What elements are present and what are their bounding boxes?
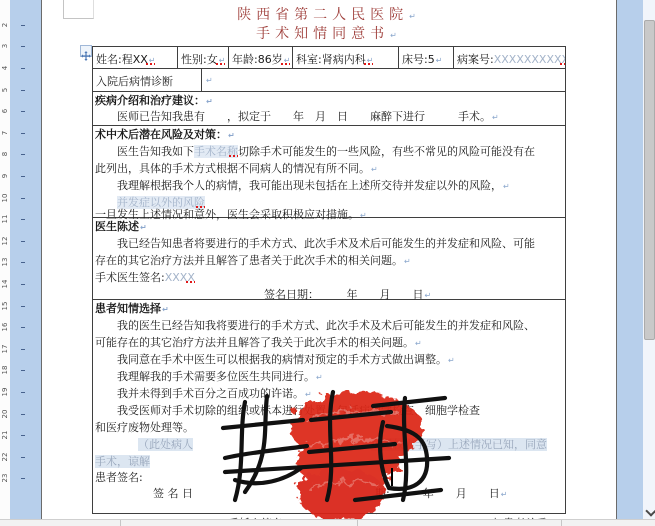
ruler-number: 12 (1, 234, 9, 248)
consent-note-left: （此处病人 (138, 438, 193, 451)
ruler-number: 16 (1, 320, 9, 334)
header-text: 患者知情选择 (95, 302, 161, 315)
spellcheck-squiggle (560, 63, 565, 65)
text: 我理解我的手术需要多位医生共同进行。 (117, 370, 315, 383)
spellcheck-squiggle (186, 281, 195, 283)
text: 切除手术可能发生的一些风险，有些不常见的风险可能没有在 (238, 145, 535, 158)
doctor-statement-row: 医生陈述↵ 我已经告知患者将要进行的手术方式、此次手术及术后可能发生的并发症和风… (93, 218, 565, 300)
consent-note-right: 或受权人手写）上述情况已知，同意 (371, 438, 547, 451)
text: 医生告知我如下 (117, 145, 194, 158)
paragraph-mark: ↵ (316, 373, 323, 382)
spellcheck-squiggle (281, 63, 290, 65)
paragraph-mark: ↵ (409, 12, 421, 21)
doctor-line-2: 存在的其它治疗方法并且解答了患者关于此次手术的相关问题。↵ (95, 254, 411, 268)
scrollbar-thumb[interactable] (644, 20, 655, 340)
document-background-right (617, 0, 643, 519)
text: 我受医师对手术切除的组织或标本进行处置，包括病理学检查、细胞学检查 (117, 404, 480, 417)
header-text: 疾病介绍和治疗建议： (95, 94, 205, 107)
choice-line-6: 我受医师对手术切除的组织或标本进行处置，包括病理学检查、细胞学检查 (117, 404, 480, 417)
ruler-number: 13 (1, 255, 9, 269)
cell-case-number: 病案号:XXXXXXXXXX (454, 47, 565, 68)
patient-date-right: 期: 年 月 日↵ (375, 487, 507, 501)
text: 存在的其它治疗方法并且解答了患者关于此次手术的相关问题。 (95, 254, 403, 267)
ruler-number: 23 (1, 471, 9, 485)
ruler-number: 11 (1, 212, 9, 226)
risk-line-3: 我理解根据我个人的病情，我可能出现未包括在上述所交待并发症以外的风险，↵ (117, 179, 510, 193)
cell-diagnosis-label: 入院后病情诊断 (93, 69, 202, 91)
bar-divider (120, 520, 121, 526)
ruler-number: 20 (1, 407, 9, 421)
text: 我同意在手术中医生可以根据我的病情对预定的手术方式做出调整。 (117, 353, 447, 366)
disease-text: 医师已告知我患有 ，拟定于 年 月 日 麻醉下进行 手术。 (117, 110, 491, 123)
spellcheck-squiggle (146, 63, 155, 65)
choice-line-1: 我的医生已经告知我将要进行的手术方式、此次手术及术后可能发生的并发症和风险、 (117, 319, 535, 332)
ruler-number: 21 (1, 428, 9, 442)
risk-section-row: 术中术后潜在风险及对策：↵ 医生告知我如下手术名称切除手术可能发生的一些风险，有… (93, 126, 565, 218)
choice-line-3: 我同意在手术中医生可以根据我的病情对预定的手术方式做出调整。↵ (117, 353, 455, 367)
risk-line-1: 医生告知我如下手术名称切除手术可能发生的一些风险，有些不常见的风险可能没有在 (117, 145, 535, 158)
case-number-label: 病案号: (457, 53, 494, 66)
ruler-number: 18 (1, 363, 9, 377)
table-move-handle-icon[interactable] (80, 45, 92, 57)
spellcheck-squiggle (364, 63, 373, 65)
disease-intro-row: 疾病介绍和治疗建议：↵ 医师已告知我患有 ，拟定于 年 月 日 麻醉下进行 手术… (93, 92, 565, 126)
ruler-number: 22 (1, 450, 9, 464)
paragraph-mark: ↵ (501, 490, 508, 499)
bed-number: 床号:5 (402, 53, 435, 66)
ruler-margin-area (10, 0, 41, 519)
choice-line-2: 可能存在的其它治疗方法并且解答了我关于此次手术的相关问题。↵ (95, 336, 422, 350)
ruler-number: 10 (1, 191, 9, 205)
paragraph-mark: ↵ (415, 339, 422, 348)
hospital-name: 陕西省第二人民医院 (237, 7, 408, 23)
patient-name: 姓名:程XX (96, 53, 148, 66)
ruler-number: 9 (1, 169, 9, 183)
signature-date-part: 签 名 日 (153, 487, 193, 500)
doctor-section-header: 医生陈述↵ (95, 220, 147, 234)
bar-divider (561, 520, 562, 526)
cell-diagnosis-value[interactable]: ↵ (202, 69, 565, 91)
vertical-scrollbar[interactable] (643, 0, 655, 519)
consent-note-text: （此处病人 (138, 438, 193, 451)
text: 可能存在的其它治疗方法并且解答了我关于此次手术的相关问题。 (95, 336, 414, 349)
choice-line-4: 我理解我的手术需要多位医生共同进行。↵ (117, 370, 323, 384)
consent-note-line2: 手术，谅解 (95, 455, 150, 468)
paragraph-mark: ↵ (404, 257, 411, 266)
patient-choice-row: 患者知情选择↵ 我的医生已经告知我将要进行的手术方式、此次手术及术后可能发生的并… (93, 300, 565, 513)
page-title-form: 手术知情同意书↵ (92, 23, 566, 43)
paragraph-mark: ↵ (140, 223, 147, 232)
consent-form-table: 姓名:程XX↵ 性别:女↵ 年龄:86岁↵ 科室:肾病内科↵ 床号:5↵ 病案号… (92, 46, 566, 514)
risk-section-header: 术中术后潜在风险及对策：↵ (95, 128, 235, 142)
consent-note-text: 手术，谅解 (95, 455, 150, 468)
case-number-field[interactable]: XXXXXXXXXX (494, 53, 565, 66)
doctor-line-1: 我已经告知患者将要进行的手术方式、此次手术及术后可能发生的并发症和风险、可能 (117, 237, 535, 250)
patient-signature-label[interactable]: 患者签名: (95, 471, 143, 484)
text: 和医疗废物处理等。 (95, 421, 194, 434)
ruler-number: 4 (1, 61, 9, 75)
cell-patient-name: 姓名:程XX↵ (93, 47, 178, 68)
text-cursor (391, 468, 393, 486)
paragraph-mark: ↵ (162, 305, 169, 314)
ruler-number: 19 (1, 385, 9, 399)
word-document-window: 2 3 4 5 6 7 8 9 10 11 12 13 14 15 16 17 … (0, 0, 655, 526)
cell-gender: 性别:女↵ (178, 47, 229, 68)
patient-age: 年龄:86岁 (232, 53, 283, 66)
text: 此列出，具体的手术方式根据不同病人的情况有所不同。 (95, 162, 370, 175)
paragraph-mark: ↵ (305, 390, 312, 399)
form-title: 手术知情同意书 (256, 26, 389, 42)
ruler-number: 6 (1, 104, 9, 118)
text: 我理解根据我个人的病情，我可能出现未包括在上述所交待并发症以外的风险， (117, 179, 502, 192)
paragraph-mark: ↵ (503, 182, 510, 191)
doctor-signature-label: 手术医生签名: (95, 271, 165, 284)
choice-section-header: 患者知情选择↵ (95, 302, 169, 316)
paragraph-mark: ↵ (228, 131, 235, 140)
paragraph-mark: ↵ (448, 356, 455, 365)
text: 我的医生已经告知我将要进行的手术方式、此次手术及术后可能发生的并发症和风险、 (117, 319, 535, 332)
diagnosis-row: 入院后病情诊断 ↵ (93, 69, 565, 92)
ruler-number: 8 (1, 147, 9, 161)
disease-section-header: 疾病介绍和治疗建议：↵ (95, 94, 213, 108)
patient-signature-line: 患者签名: (95, 471, 143, 484)
text: 我并未得到手术百分之百成功的许诺。 (117, 387, 304, 400)
horizontal-scrollbar-bar[interactable] (0, 519, 655, 526)
patient-info-row: 姓名:程XX↵ 性别:女↵ 年龄:86岁↵ 科室:肾病内科↵ 床号:5↵ 病案号… (93, 47, 565, 69)
header-text: 医生陈述 (95, 220, 139, 233)
paragraph-mark: ↵ (425, 291, 432, 300)
paragraph-mark: ↵ (436, 56, 443, 65)
ruler-number: 5 (1, 83, 9, 97)
risk-line-2: 此列出，具体的手术方式根据不同病人的情况有所不同。↵ (95, 162, 378, 176)
ruler-number: 7 (1, 126, 9, 140)
move-arrows-icon (81, 51, 91, 61)
page-corner-box (63, 0, 94, 19)
cell-bed-number: 床号:5↵ (399, 47, 454, 68)
cell-department: 科室:肾病内科↵ (293, 47, 399, 68)
ruler-number: 17 (1, 342, 9, 356)
doctor-signature-line: 手术医生签名:XXXX (95, 271, 195, 284)
department: 科室:肾病内科 (296, 53, 366, 66)
spellcheck-squiggle (216, 63, 225, 65)
choice-line-5: 我并未得到手术百分之百成功的许诺。↵ (117, 387, 312, 401)
diagnosis-label: 入院后病情诊断 (96, 75, 173, 88)
text: 我已经告知患者将要进行的手术方式、此次手术及术后可能发生的并发症和风险、可能 (117, 237, 535, 250)
patient-gender: 性别:女 (181, 53, 218, 66)
paragraph-mark: ↵ (390, 31, 402, 40)
paragraph-mark: ↵ (206, 76, 213, 85)
ruler-number: 2 (1, 18, 9, 32)
paragraph-mark: ↵ (371, 165, 378, 174)
ruler-number: 3 (1, 39, 9, 53)
choice-line-7: 和医疗废物处理等。 (95, 421, 194, 434)
consent-note-text: 或受权人手写）上述情况已知，同意 (371, 438, 547, 451)
disease-line: 医师已告知我患有 ，拟定于 年 月 日 麻醉下进行 手术。↵ (117, 110, 499, 124)
page-title-hospital: 陕西省第二人民医院↵ (92, 4, 566, 24)
header-text: 术中术后潜在风险及对策： (95, 128, 227, 141)
patient-date-left: 签 名 日 (153, 487, 193, 500)
cell-age: 年龄:86岁↵ (229, 47, 293, 68)
paragraph-mark: ↵ (492, 113, 499, 122)
ruler-number: 15 (1, 299, 9, 313)
paragraph-mark: ↵ (206, 97, 213, 106)
spellcheck-squiggle (229, 155, 238, 157)
signature-date-part: 期: 年 月 日 (375, 487, 500, 500)
ruler-number: 14 (1, 277, 9, 291)
bar-divider (357, 520, 358, 526)
